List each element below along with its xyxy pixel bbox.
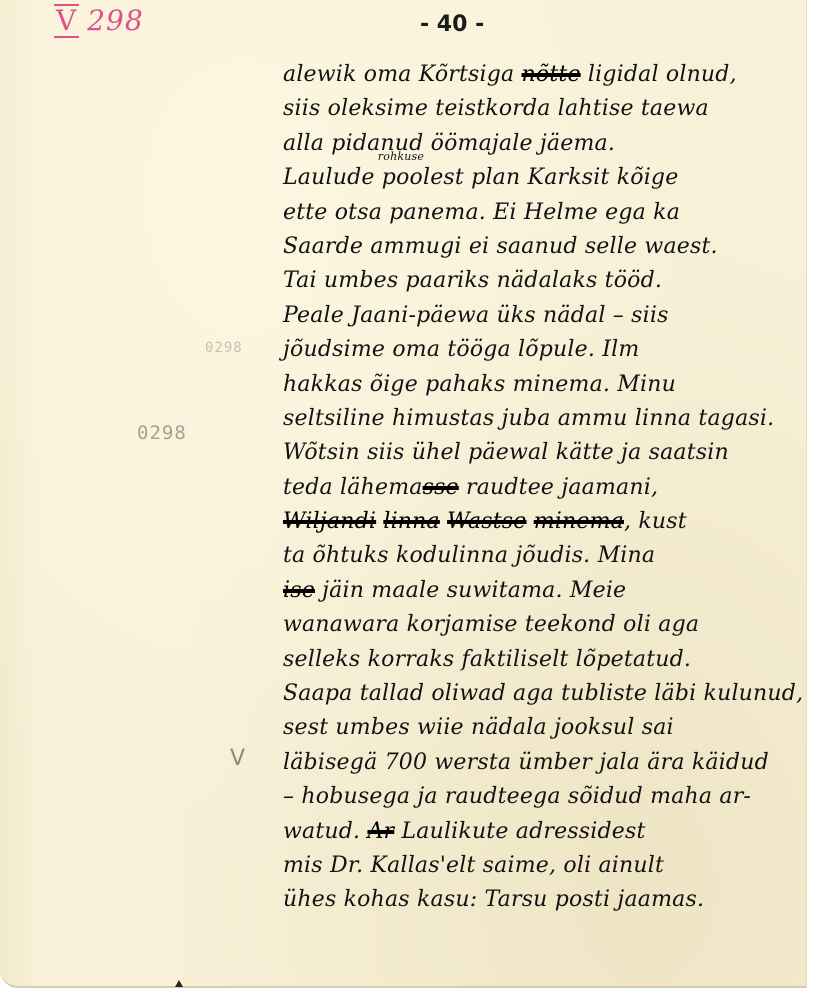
text-line-24: mis Dr. Kallas'elt saime, oli ainult	[283, 849, 803, 883]
text-line-1: alewik oma Kõrtsiga nõtte ligidal olnud,	[283, 58, 803, 92]
line-text: alewik oma Kõrtsiga	[283, 62, 522, 87]
text-line-18: selleks korraks faktiliselt lõpetatud.	[283, 643, 803, 677]
line-text: ligidal olnud,	[581, 62, 737, 87]
archive-stamp-number: 0298	[137, 422, 187, 444]
bottom-edge-mark	[175, 980, 183, 987]
struck-word: Wastse	[447, 509, 526, 534]
line-text: poolest	[382, 165, 464, 190]
archive-mark: V298	[54, 4, 144, 38]
text-line-4: Laulude rohkusepoolest plan Karksit kõig…	[283, 161, 803, 195]
archive-mark-number: 298	[87, 4, 143, 37]
line-text: , kust	[624, 509, 687, 534]
text-line-9: jõudsime oma tööga lõpule. Ilm	[283, 333, 803, 367]
page-number: - 40 -	[420, 12, 484, 37]
line-text: jäin maale suwitama. Meie	[315, 578, 626, 603]
line-text: Laulude	[283, 165, 382, 190]
struck-word: linna	[383, 509, 440, 534]
archive-mark-roman: V	[54, 4, 79, 38]
text-line-19: Saapa tallad oliwad aga tubliste läbi ku…	[283, 677, 803, 711]
line-text: watud.	[283, 819, 367, 844]
insertion-word: rohkuse	[378, 151, 424, 163]
pencil-check-mark: V	[230, 746, 245, 771]
line-text: teda lähema	[283, 475, 423, 500]
text-line-3: alla pidanud öömajale jäema.	[283, 127, 803, 161]
text-line-10: hakkas õige pahaks minema. Minu	[283, 368, 803, 402]
handwritten-text: alewik oma Kõrtsiga nõtte ligidal olnud,…	[283, 58, 803, 918]
text-line-22: – hobusega ja raudteega sõidud maha ar-	[283, 780, 803, 814]
line-text: plan Karksit kõige	[464, 165, 678, 190]
line-text: raudtee jaamani,	[459, 475, 658, 500]
text-line-11: seltsiline himustas juba ammu linna taga…	[283, 402, 803, 436]
text-line-5: ette otsa panema. Ei Helme ega ka	[283, 196, 803, 230]
text-line-12: Wõtsin siis ühel päewal kätte ja saatsin	[283, 436, 803, 470]
struck-word: minema	[534, 509, 624, 534]
text-line-20: sest umbes wiie nädala jooksul sai	[283, 711, 803, 745]
faint-stamp: 0298	[205, 340, 243, 356]
text-line-17: wanawara korjamise teekond oli aga	[283, 608, 803, 642]
text-line-13: teda lähemasse raudtee jaamani,	[283, 471, 803, 505]
manuscript-page: V298 - 40 - 0298 0298 V alewik oma Kõrts…	[0, 0, 807, 988]
struck-word: ise	[283, 578, 315, 603]
text-line-25: ühes kohas kasu: Tarsu posti jaamas.	[283, 883, 803, 917]
text-line-2: siis oleksime teistkorda lahtise taewa	[283, 92, 803, 126]
text-line-14: Wiljandi linna Wastse minema, kust	[283, 505, 803, 539]
line-text: Laulikute adressidest	[394, 819, 645, 844]
text-line-23: watud. Ar Laulikute adressidest	[283, 815, 803, 849]
text-line-16: ise jäin maale suwitama. Meie	[283, 574, 803, 608]
text-line-7: Tai umbes paariks nädalaks tööd.	[283, 264, 803, 298]
inserted-correction: rohkusepoolest	[382, 165, 464, 190]
struck-word: sse	[423, 475, 459, 500]
text-line-8: Peale Jaani-päewa üks nädal – siis	[283, 299, 803, 333]
struck-word: nõtte	[522, 62, 581, 87]
text-line-6: Saarde ammugi ei saanud selle waest.	[283, 230, 803, 264]
struck-word: Wiljandi	[283, 509, 376, 534]
text-line-15: ta õhtuks kodulinna jõudis. Mina	[283, 539, 803, 573]
struck-word: Ar	[367, 819, 394, 844]
text-line-21: läbisegä 700 wersta ümber jala ära käidu…	[283, 746, 803, 780]
